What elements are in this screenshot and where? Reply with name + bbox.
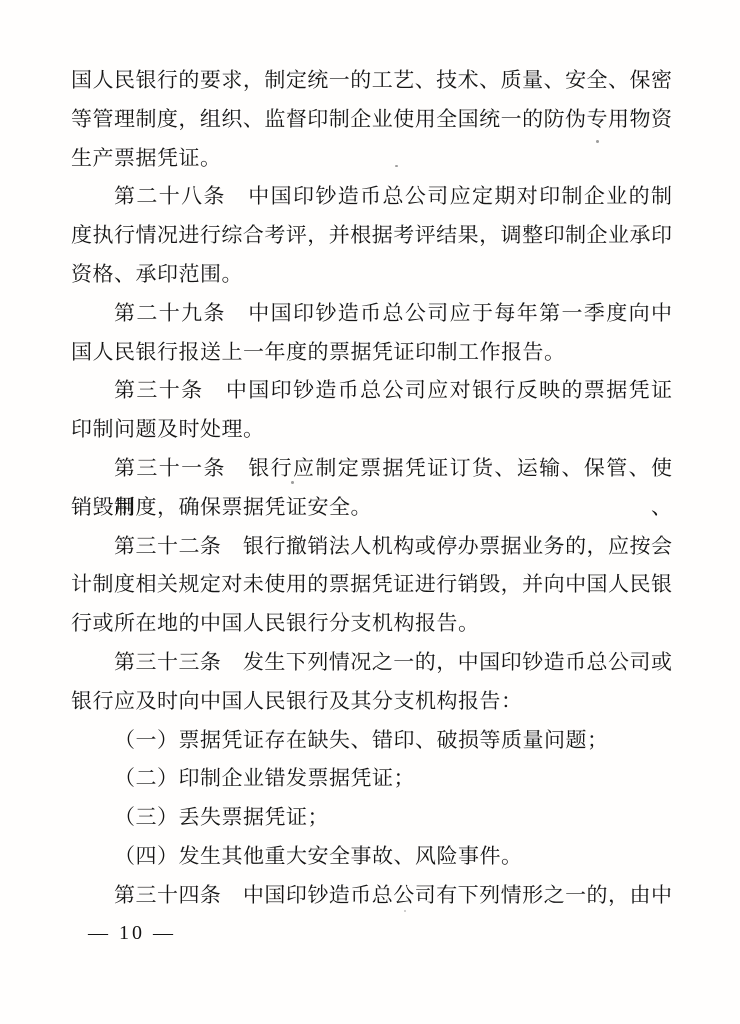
scan-speck: [291, 481, 294, 484]
text-line: 度执行情况进行综合考评，并根据考评结果，调整印制企业承印: [71, 216, 672, 255]
text-line: 国人民银行报送上一年度的票据凭证印制工作报告。: [71, 333, 672, 372]
text-line: 资格、承印范围。: [71, 255, 672, 294]
scan-speck: [596, 140, 599, 143]
text-line: 第三十二条 银行撤销法人机构或停办票据业务的，应按会: [71, 527, 672, 566]
text-line: （四）发生其他重大安全事故、风险事件。: [71, 837, 672, 876]
text-line: 第三十条 中国印钞造币总公司应对银行反映的票据凭证: [71, 371, 672, 410]
text-line: （二）印制企业错发票据凭证；: [71, 759, 672, 798]
scan-speck: [395, 165, 398, 167]
text-line: 等管理制度，组织、监督印制企业使用全国统一的防伪专用物资: [71, 100, 672, 139]
document-page: 国人民银行的要求，制定统一的工艺、技术、质量、安全、保密等管理制度，组织、监督印…: [0, 0, 740, 1024]
text-line: 生产票据凭证。: [71, 139, 672, 178]
scan-speck: [404, 910, 406, 912]
text-line: 国人民银行的要求，制定统一的工艺、技术、质量、安全、保密: [71, 61, 672, 100]
text-line: （三）丢失票据凭证；: [71, 798, 672, 837]
text-line: （一）票据凭证存在缺失、错印、破损等质量问题；: [71, 721, 672, 760]
text-line: 第三十四条 中国印钞造币总公司有下列情形之一的，由中: [71, 876, 672, 915]
text-line: 银行应及时向中国人民银行及其分支机构报告：: [71, 682, 672, 721]
text-line: 第三十三条 发生下列情况之一的，中国印钞造币总公司或: [71, 643, 672, 682]
text-line: 第二十九条 中国印钞造币总公司应于每年第一季度向中: [71, 294, 672, 333]
page-number: — 10 —: [88, 922, 176, 945]
scan-speck: [378, 778, 381, 781]
text-line: 印制问题及时处理。: [71, 410, 672, 449]
text-line: 第二十八条 中国印钞造币总公司应定期对印制企业的制: [71, 177, 672, 216]
text-line: 行或所在地的中国人民银行分支机构报告。: [71, 604, 672, 643]
text-line: 第三十一条 银行应制定票据凭证订货、运输、保管、使用、: [71, 449, 672, 488]
document-text-block: 国人民银行的要求，制定统一的工艺、技术、质量、安全、保密等管理制度，组织、监督印…: [71, 61, 672, 915]
text-line: 计制度相关规定对未使用的票据凭证进行销毁，并向中国人民银: [71, 565, 672, 604]
